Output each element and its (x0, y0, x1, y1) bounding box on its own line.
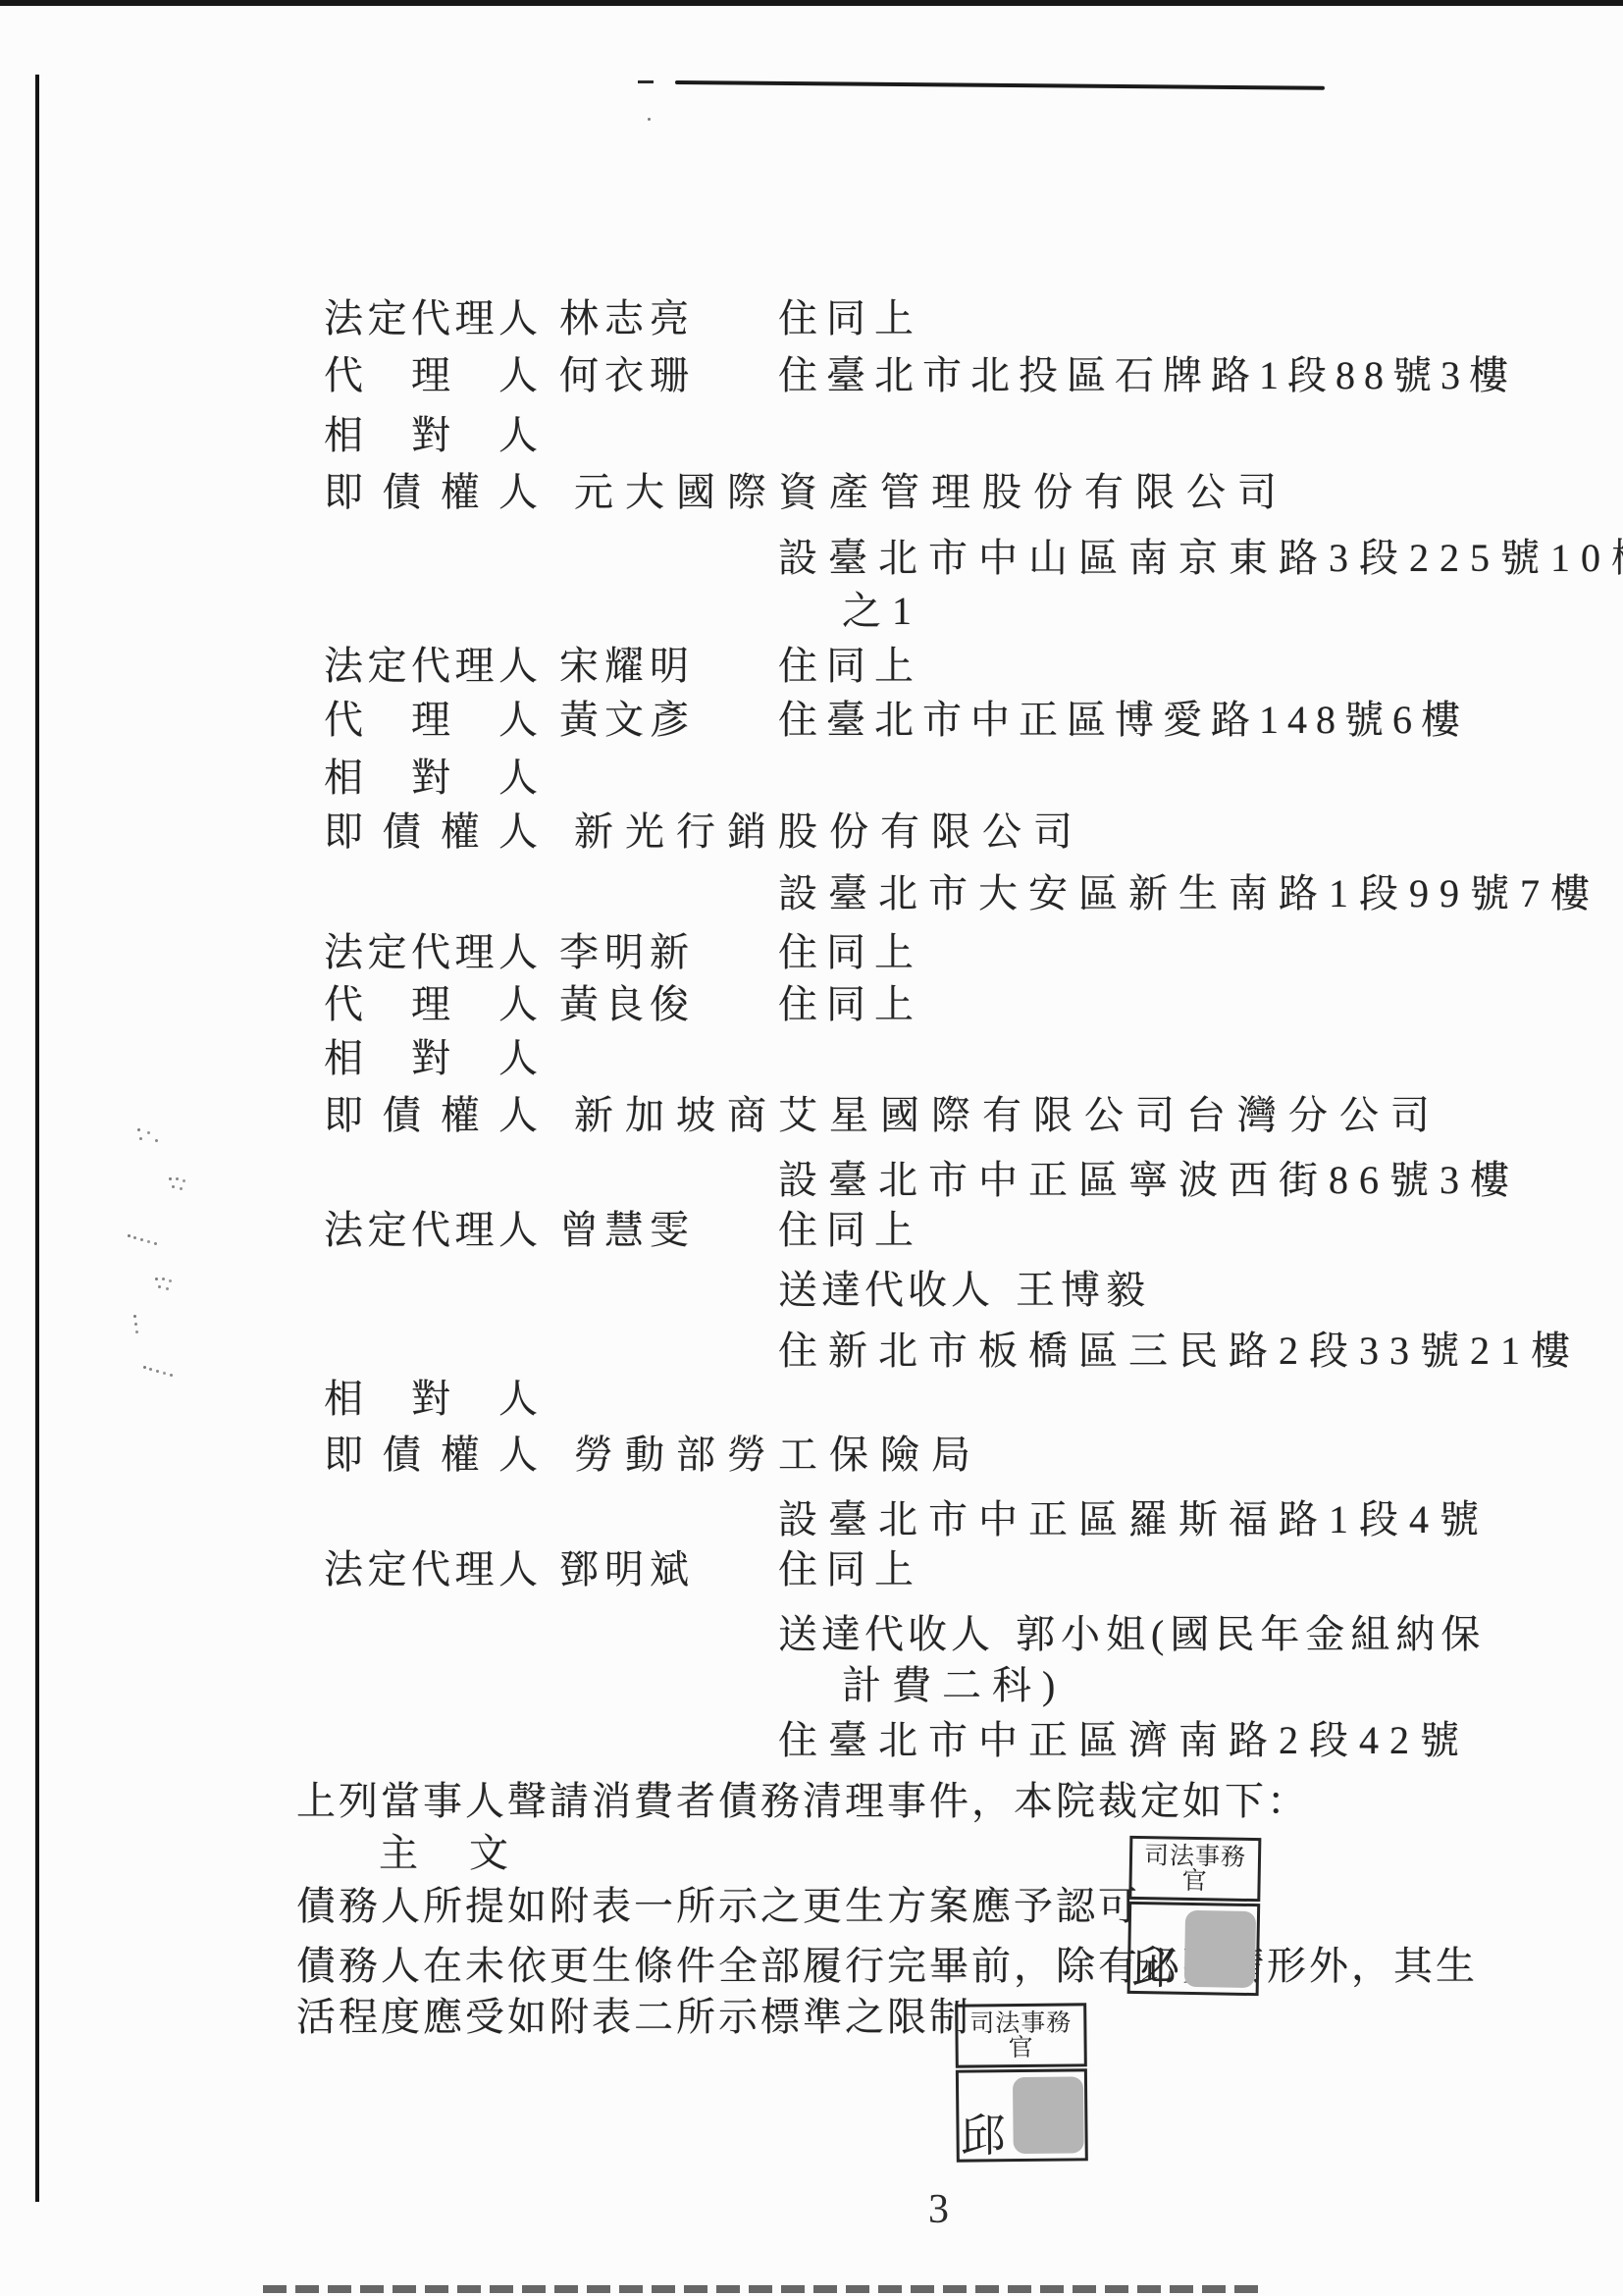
ruling-paragraph-row: 債務人在未依更生條件全部履行完畢前，除有必要情形外，其生 (0, 1945, 1623, 1992)
party-role-label: 相對人 (324, 1037, 538, 1080)
party-residence: 住同上 (778, 297, 922, 340)
creditor-company-name: 勞動部勞工保險局 (574, 1434, 982, 1477)
creditor-company-name: 元大國際資產管理股份有限公司 (574, 471, 1288, 514)
address-row: 設臺北市中正區羅斯福路1段4號 (0, 1498, 1623, 1545)
party-residence: 住同上 (778, 1209, 922, 1252)
party-residence: 住同上 (778, 645, 922, 688)
party-row: 相對人 (0, 757, 1623, 804)
party-row: 代理人 黃文彥 住臺北市中正區博愛路148號6樓 (0, 699, 1623, 746)
party-role-label: 代理人 (324, 699, 538, 742)
creditor-company-name: 新光行銷股份有限公司 (574, 810, 1084, 854)
party-name: 黃文彥 (559, 699, 695, 742)
ruling-intro-row: 上列當事人聲請消費者債務清理事件，本院裁定如下： (0, 1780, 1623, 1827)
party-role-label: 相對人 (324, 414, 538, 457)
party-role-label: 法定代理人 (324, 645, 538, 688)
scan-artifact-bottom-dashes (263, 2285, 1259, 2293)
judicial-officer-stamp-title: 司法事務官 (955, 2003, 1087, 2067)
page-number: 3 (928, 2186, 949, 2233)
address-row: 住臺北市中正區濟南路2段42號 (0, 1719, 1623, 1766)
scan-artifact-speck (648, 118, 651, 121)
party-row: 即債權人 新光行銷股份有限公司 (0, 810, 1623, 858)
judicial-officer-stamp: 司法事務官 邱 (1127, 1836, 1262, 1996)
party-name: 黃良俊 (559, 983, 695, 1026)
address-row: 設臺北市大安區新生南路1段99號7樓 (0, 872, 1623, 919)
ruling-paragraph-row: 活程度應受如附表二所示標準之限制 (0, 1996, 1623, 2043)
party-row: 法定代理人 林志亮 住同上 (0, 297, 1623, 344)
party-row: 即債權人 元大國際資產管理股份有限公司 (0, 471, 1623, 518)
scan-artifact-dash (638, 80, 654, 83)
party-row: 法定代理人 曾慧雯 住同上 (0, 1209, 1623, 1256)
service-agent-row: 送達代收人 王博毅 (0, 1269, 1623, 1316)
party-row: 相對人 (0, 414, 1623, 461)
company-address: 設臺北市中正區羅斯福路1段4號 (778, 1498, 1490, 1541)
party-row: 相對人 (0, 1037, 1623, 1084)
party-name: 何衣珊 (559, 354, 695, 397)
party-role-label: 代理人 (324, 354, 538, 397)
party-row: 即債權人 勞動部勞工保險局 (0, 1434, 1623, 1481)
company-address: 設臺北市中正區寧波西街86號3樓 (778, 1159, 1520, 1202)
party-role-label: 相對人 (324, 1378, 538, 1421)
party-row: 代理人 黃良俊 住同上 (0, 983, 1623, 1030)
main-text-heading-row: 主文 (0, 1832, 1623, 1879)
party-row: 法定代理人 李明新 住同上 (0, 931, 1623, 978)
party-name: 宋耀明 (559, 645, 695, 688)
party-residence: 住同上 (778, 931, 922, 974)
scan-artifact-top-edge (0, 0, 1623, 6)
scan-artifact-top-right-line (675, 80, 1325, 90)
company-address: 設臺北市中山區南京東路3段225號10樓 (778, 537, 1623, 580)
redaction-block (1184, 1910, 1256, 1988)
party-residence: 住臺北市中正區博愛路148號6樓 (778, 699, 1469, 742)
service-agent-label: 送達代收人 (778, 1269, 994, 1312)
party-name: 曾慧雯 (559, 1209, 695, 1252)
party-residence: 住同上 (778, 983, 922, 1026)
service-agent-name: 郭小姐(國民年金組納保 (1016, 1613, 1486, 1656)
company-address: 設臺北市大安區新生南路1段99號7樓 (778, 872, 1600, 915)
party-name: 林志亮 (559, 297, 695, 340)
service-agent-row: 送達代收人 郭小姐(國民年金組納保 (0, 1613, 1623, 1660)
party-role-label: 法定代理人 (324, 297, 538, 340)
party-role-label: 法定代理人 (324, 931, 538, 974)
judicial-officer-stamp-surname: 邱 (960, 2100, 1006, 2165)
party-role-label: 即債權人 (324, 1094, 538, 1137)
service-agent-name-continued: 計費二科) (842, 1664, 1066, 1707)
address-row: 設臺北市中正區寧波西街86號3樓 (0, 1159, 1623, 1206)
service-agent-label: 送達代收人 (778, 1613, 994, 1656)
judicial-officer-stamp-body: 邱 (1127, 1902, 1261, 1996)
service-agent-name: 王博毅 (1016, 1269, 1151, 1312)
party-role-label: 即債權人 (324, 1434, 538, 1477)
judicial-officer-stamp-title: 司法事務官 (1128, 1836, 1261, 1902)
party-row: 相對人 (0, 1378, 1623, 1425)
service-agent-address: 住新北市板橋區三民路2段33號21樓 (778, 1330, 1581, 1373)
judicial-officer-stamp: 司法事務官 邱 (955, 2003, 1088, 2162)
party-name: 鄧明斌 (559, 1548, 695, 1592)
main-text-heading: 主文 (379, 1832, 508, 1875)
ruling-paragraph-text: 債務人在未依更生條件全部履行完畢前，除有必要情形外，其生 (296, 1945, 1478, 1988)
party-role-label: 法定代理人 (324, 1548, 538, 1592)
address-row: 住新北市板橋區三民路2段33號21樓 (0, 1330, 1623, 1377)
ruling-paragraph-text: 活程度應受如附表二所示標準之限制 (296, 1996, 971, 2039)
ruling-paragraph-row: 債務人所提如附表一所示之更生方案應予認可 (0, 1885, 1623, 1932)
creditor-company-name: 新加坡商艾星國際有限公司台灣分公司 (574, 1094, 1441, 1137)
party-row: 代理人 何衣珊 住臺北市北投區石牌路1段88號3樓 (0, 354, 1623, 401)
party-role-label: 即債權人 (324, 471, 538, 514)
address-row: 計費二科) (0, 1664, 1623, 1711)
party-role-label: 法定代理人 (324, 1209, 538, 1252)
party-row: 即債權人 新加坡商艾星國際有限公司台灣分公司 (0, 1094, 1623, 1141)
scanned-court-document-page: 法定代理人 林志亮 住同上 代理人 何衣珊 住臺北市北投區石牌路1段88號3樓 … (0, 0, 1623, 2296)
service-agent-address: 住臺北市中正區濟南路2段42號 (778, 1719, 1470, 1762)
party-name: 李明新 (559, 931, 695, 974)
company-address-continued: 之1 (842, 590, 922, 633)
party-role-label: 代理人 (324, 983, 538, 1026)
address-row: 設臺北市中山區南京東路3段225號10樓 (0, 537, 1623, 584)
party-role-label: 即債權人 (324, 810, 538, 854)
party-row: 法定代理人 宋耀明 住同上 (0, 645, 1623, 692)
judicial-officer-stamp-surname: 邱 (1131, 1932, 1178, 1998)
party-residence: 住臺北市北投區石牌路1段88號3樓 (778, 354, 1517, 397)
party-role-label: 相對人 (324, 757, 538, 800)
ruling-paragraph-text: 債務人所提如附表一所示之更生方案應予認可 (296, 1885, 1140, 1928)
redaction-block (1013, 2076, 1084, 2154)
party-row: 法定代理人 鄧明斌 住同上 (0, 1548, 1623, 1595)
ruling-intro-text: 上列當事人聲請消費者債務清理事件，本院裁定如下： (296, 1780, 1309, 1823)
judicial-officer-stamp-body: 邱 (956, 2068, 1088, 2162)
address-row: 之1 (0, 590, 1623, 637)
party-residence: 住同上 (778, 1548, 922, 1592)
